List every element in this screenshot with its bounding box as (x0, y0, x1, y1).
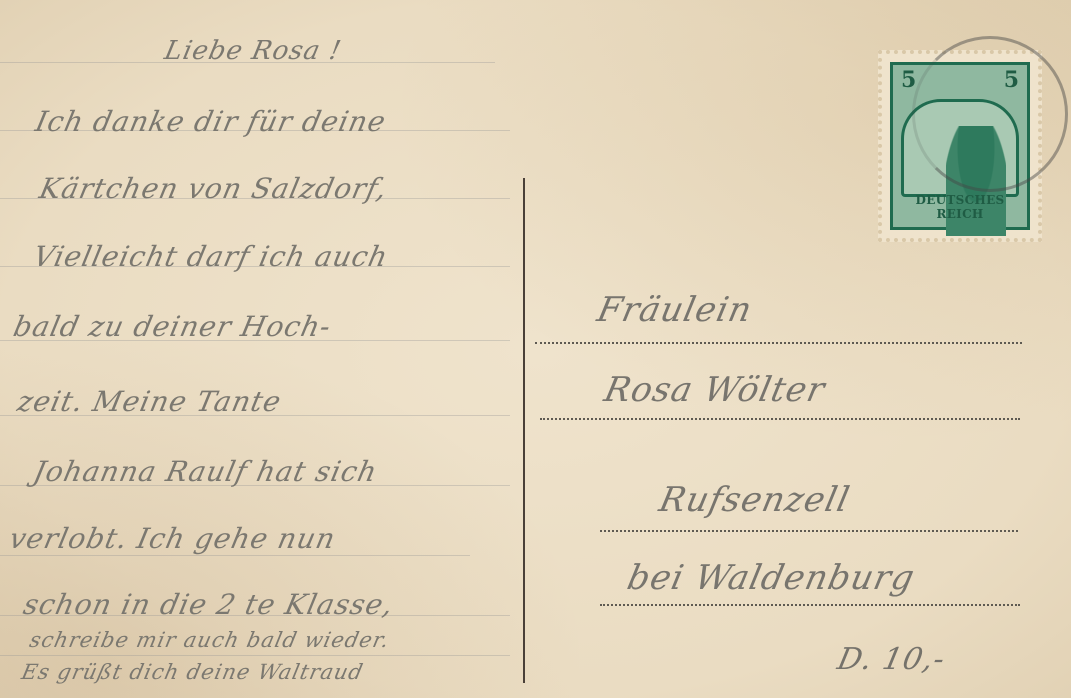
address-line (540, 418, 1020, 420)
address-name: Rosa Wölter (601, 370, 829, 410)
address-region: bei Waldenburg (624, 558, 919, 598)
message-greeting: Liebe Rosa ! (162, 36, 344, 66)
message-line: schon in die 2 te Klasse, (20, 588, 396, 621)
card-divider (523, 178, 525, 683)
postmark-icon (912, 36, 1068, 192)
message-line: Kärtchen von Salzdorf, (36, 172, 390, 205)
message-line: Ich danke dir für deine (32, 105, 389, 138)
stamp-value-left: 5 (901, 67, 916, 93)
message-line: Vielleicht darf ich auch (30, 240, 391, 273)
postcard: Liebe Rosa ! Ich danke dir für deine Kär… (0, 0, 1071, 698)
address-town: Rufsenzell (656, 480, 854, 520)
message-line: verlobt. Ich gehe nun (6, 522, 338, 555)
message-line: Johanna Raulf hat sich (30, 455, 380, 488)
pencil-price-note: D. 10,- (834, 642, 948, 677)
address-salutation: Fräulein (594, 290, 756, 330)
stamp-country: DEUTSCHES REICH (893, 193, 1027, 221)
message-line: zeit. Meine Tante (14, 385, 284, 418)
address-line (600, 604, 1020, 606)
ruled-line (0, 555, 470, 556)
address-line (600, 530, 1018, 532)
message-line: Es grüßt dich deine Waltraud (19, 660, 365, 684)
message-line: schreibe mir auch bald wieder. (27, 628, 391, 652)
address-line (535, 342, 1022, 344)
message-line: bald zu deiner Hoch- (10, 310, 334, 343)
ruled-line (0, 655, 510, 656)
